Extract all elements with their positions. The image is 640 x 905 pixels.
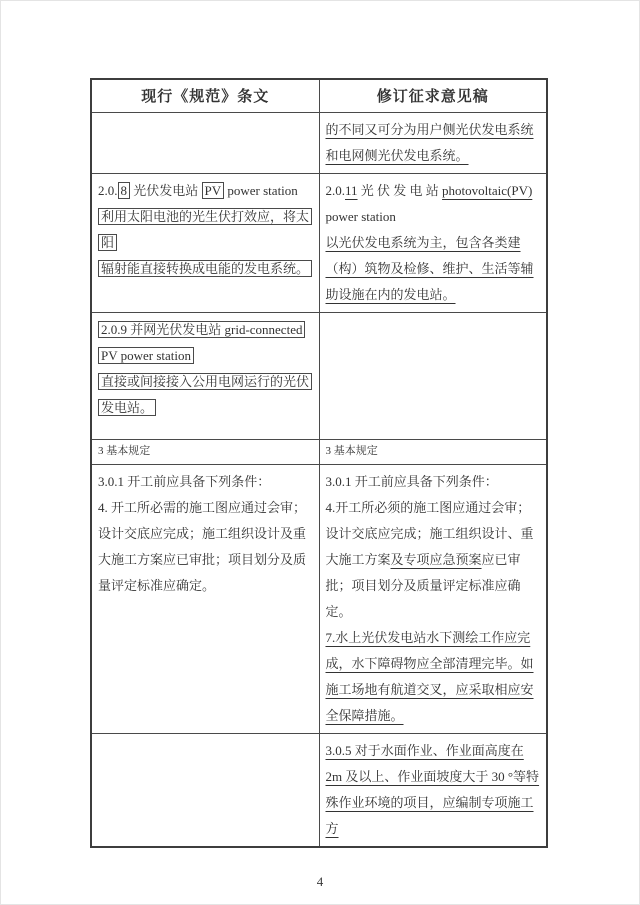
text-segment: 利用太阳电池的光生伏打效应，将太阳: [98, 208, 312, 251]
text-segment: 发电站。: [98, 399, 156, 416]
text-segment: 的不同又可分为用户侧光伏发电系统和电网侧光伏发电系统。: [326, 122, 534, 163]
document-page: 现行《规范》条文 修订征求意见稿 的不同又可分为用户侧光伏发电系统和电网侧光伏发…: [0, 0, 640, 905]
paragraph: 3 基本规定: [326, 443, 541, 460]
cell-revised: 3 基本规定: [319, 439, 547, 464]
table-row: 2.0.8 光伏发电站 PV power station利用太阳电池的光生伏打效…: [91, 173, 547, 312]
paragraph: power station: [326, 204, 544, 230]
text-segment: 光伏发电站: [130, 183, 202, 198]
table-row: 的不同又可分为用户侧光伏发电系统和电网侧光伏发电系统。: [91, 112, 547, 173]
paragraph: PV power station: [98, 343, 316, 369]
text-segment: 2.0.: [98, 183, 118, 198]
text-segment: 3 基本规定: [326, 445, 378, 457]
text-segment: 直接或间接接入公用电网运行的光伏: [98, 373, 312, 390]
cell-current: 3 基本规定: [91, 439, 319, 464]
paragraph: 以光伏发电系统为主，包含各类建（构）筑物及检修、维护、生活等辅助设施在内的发电站…: [326, 230, 544, 308]
text-segment: 11: [345, 183, 358, 198]
cell-current: 2.0.8 光伏发电站 PV power station利用太阳电池的光生伏打效…: [91, 173, 319, 312]
text-segment: PV: [202, 182, 225, 199]
paragraph: 发电站。: [98, 395, 316, 421]
text-segment: power station: [326, 209, 396, 224]
text-segment: PV power station: [98, 347, 194, 364]
paragraph: 直接或间接接入公用电网运行的光伏: [98, 369, 316, 395]
cell-revised: [319, 312, 547, 439]
text-segment: 光 伏 发 电 站: [358, 183, 443, 198]
text-segment: 以光伏发电系统为主，包含各类建（构）筑物及检修、维护、生活等辅助设施在内的发电站…: [326, 235, 534, 302]
paragraph: 2.0.8 光伏发电站 PV power station: [98, 178, 316, 204]
table-head: 现行《规范》条文 修订征求意见稿: [91, 79, 547, 112]
text-segment: 及专项应急预案: [391, 552, 482, 567]
cell-current: 3.0.1 开工前应具备下列条件：4. 开工所必需的施工图应通过会审；设计交底应…: [91, 464, 319, 733]
paragraph: 4. 开工所必需的施工图应通过会审；设计交底应完成；施工组织设计及重大施工方案应…: [98, 495, 316, 599]
table-row: 3.0.1 开工前应具备下列条件：4. 开工所必需的施工图应通过会审；设计交底应…: [91, 464, 547, 733]
paragraph: 利用太阳电池的光生伏打效应，将太阳: [98, 204, 316, 256]
text-segment: power station: [224, 183, 298, 198]
paragraph: 7.水上光伏发电站水下测绘工作应完成，水下障碍物应全部清理完毕。如施工场地有航道…: [326, 625, 544, 729]
paragraph: 辐射能直接转换成电能的发电系统。: [98, 256, 316, 282]
cell-revised: 2.0.11 光 伏 发 电 站 photovoltaic(PV)power s…: [319, 173, 547, 312]
page-number: 4: [1, 874, 639, 890]
paragraph: 3 基本规定: [98, 443, 313, 460]
paragraph: 2.0.9 并网光伏发电站 grid-connected: [98, 317, 316, 343]
paragraph: 2.0.11 光 伏 发 电 站 photovoltaic(PV): [326, 178, 544, 204]
text-segment: 3 基本规定: [98, 445, 150, 457]
text-segment: 7.水上光伏发电站水下测绘工作应完成，水下障碍物应全部清理完毕。如施工场地有航道…: [326, 630, 534, 723]
comparison-table: 现行《规范》条文 修订征求意见稿 的不同又可分为用户侧光伏发电系统和电网侧光伏发…: [90, 78, 548, 848]
cell-revised: 3.0.1 开工前应具备下列条件：4.开工所必须的施工图应通过会审；设计交底应完…: [319, 464, 547, 733]
paragraph: 3.0.1 开工前应具备下列条件：: [326, 469, 544, 495]
text-segment: 辐射能直接转换成电能的发电系统。: [98, 260, 312, 277]
table-body: 的不同又可分为用户侧光伏发电系统和电网侧光伏发电系统。 2.0.8 光伏发电站 …: [91, 112, 547, 847]
cell-current: [91, 733, 319, 847]
table-row: 3.0.5 对于水面作业、作业面高度在 2m 及以上、作业面坡度大于 30 °等…: [91, 733, 547, 847]
text-segment: 3.0.1 开工前应具备下列条件：: [326, 474, 498, 489]
text-segment: 3.0.5 对于水面作业、作业面高度在 2m 及以上、作业面坡度大于 30 °等…: [326, 743, 540, 836]
table-row: 2.0.9 并网光伏发电站 grid-connectedPV power sta…: [91, 312, 547, 439]
cell-revised: 的不同又可分为用户侧光伏发电系统和电网侧光伏发电系统。: [319, 112, 547, 173]
text-segment: 8: [118, 182, 131, 199]
text-segment: 2.0.9 并网光伏发电站 grid-connected: [98, 321, 305, 338]
text-segment: 4. 开工所必需的施工图应通过会审；设计交底应完成；施工组织设计及重大施工方案应…: [98, 500, 306, 593]
cell-current: 2.0.9 并网光伏发电站 grid-connectedPV power sta…: [91, 312, 319, 439]
paragraph: 3.0.1 开工前应具备下列条件：: [98, 469, 316, 495]
text-segment: photovoltaic(PV): [442, 183, 532, 198]
header-current-column: 现行《规范》条文: [91, 79, 319, 112]
header-row: 现行《规范》条文 修订征求意见稿: [91, 79, 547, 112]
cell-revised: 3.0.5 对于水面作业、作业面高度在 2m 及以上、作业面坡度大于 30 °等…: [319, 733, 547, 847]
header-revised-column: 修订征求意见稿: [319, 79, 547, 112]
text-segment: 2.0.: [326, 183, 346, 198]
section-row: 3 基本规定 3 基本规定: [91, 439, 547, 464]
text-segment: 3.0.1 开工前应具备下列条件：: [98, 474, 270, 489]
paragraph: 的不同又可分为用户侧光伏发电系统和电网侧光伏发电系统。: [326, 117, 544, 169]
paragraph: 4.开工所必须的施工图应通过会审；设计交底应完成；施工组织设计、重大施工方案及专…: [326, 495, 544, 625]
cell-current: [91, 112, 319, 173]
paragraph: 3.0.5 对于水面作业、作业面高度在 2m 及以上、作业面坡度大于 30 °等…: [326, 738, 544, 842]
